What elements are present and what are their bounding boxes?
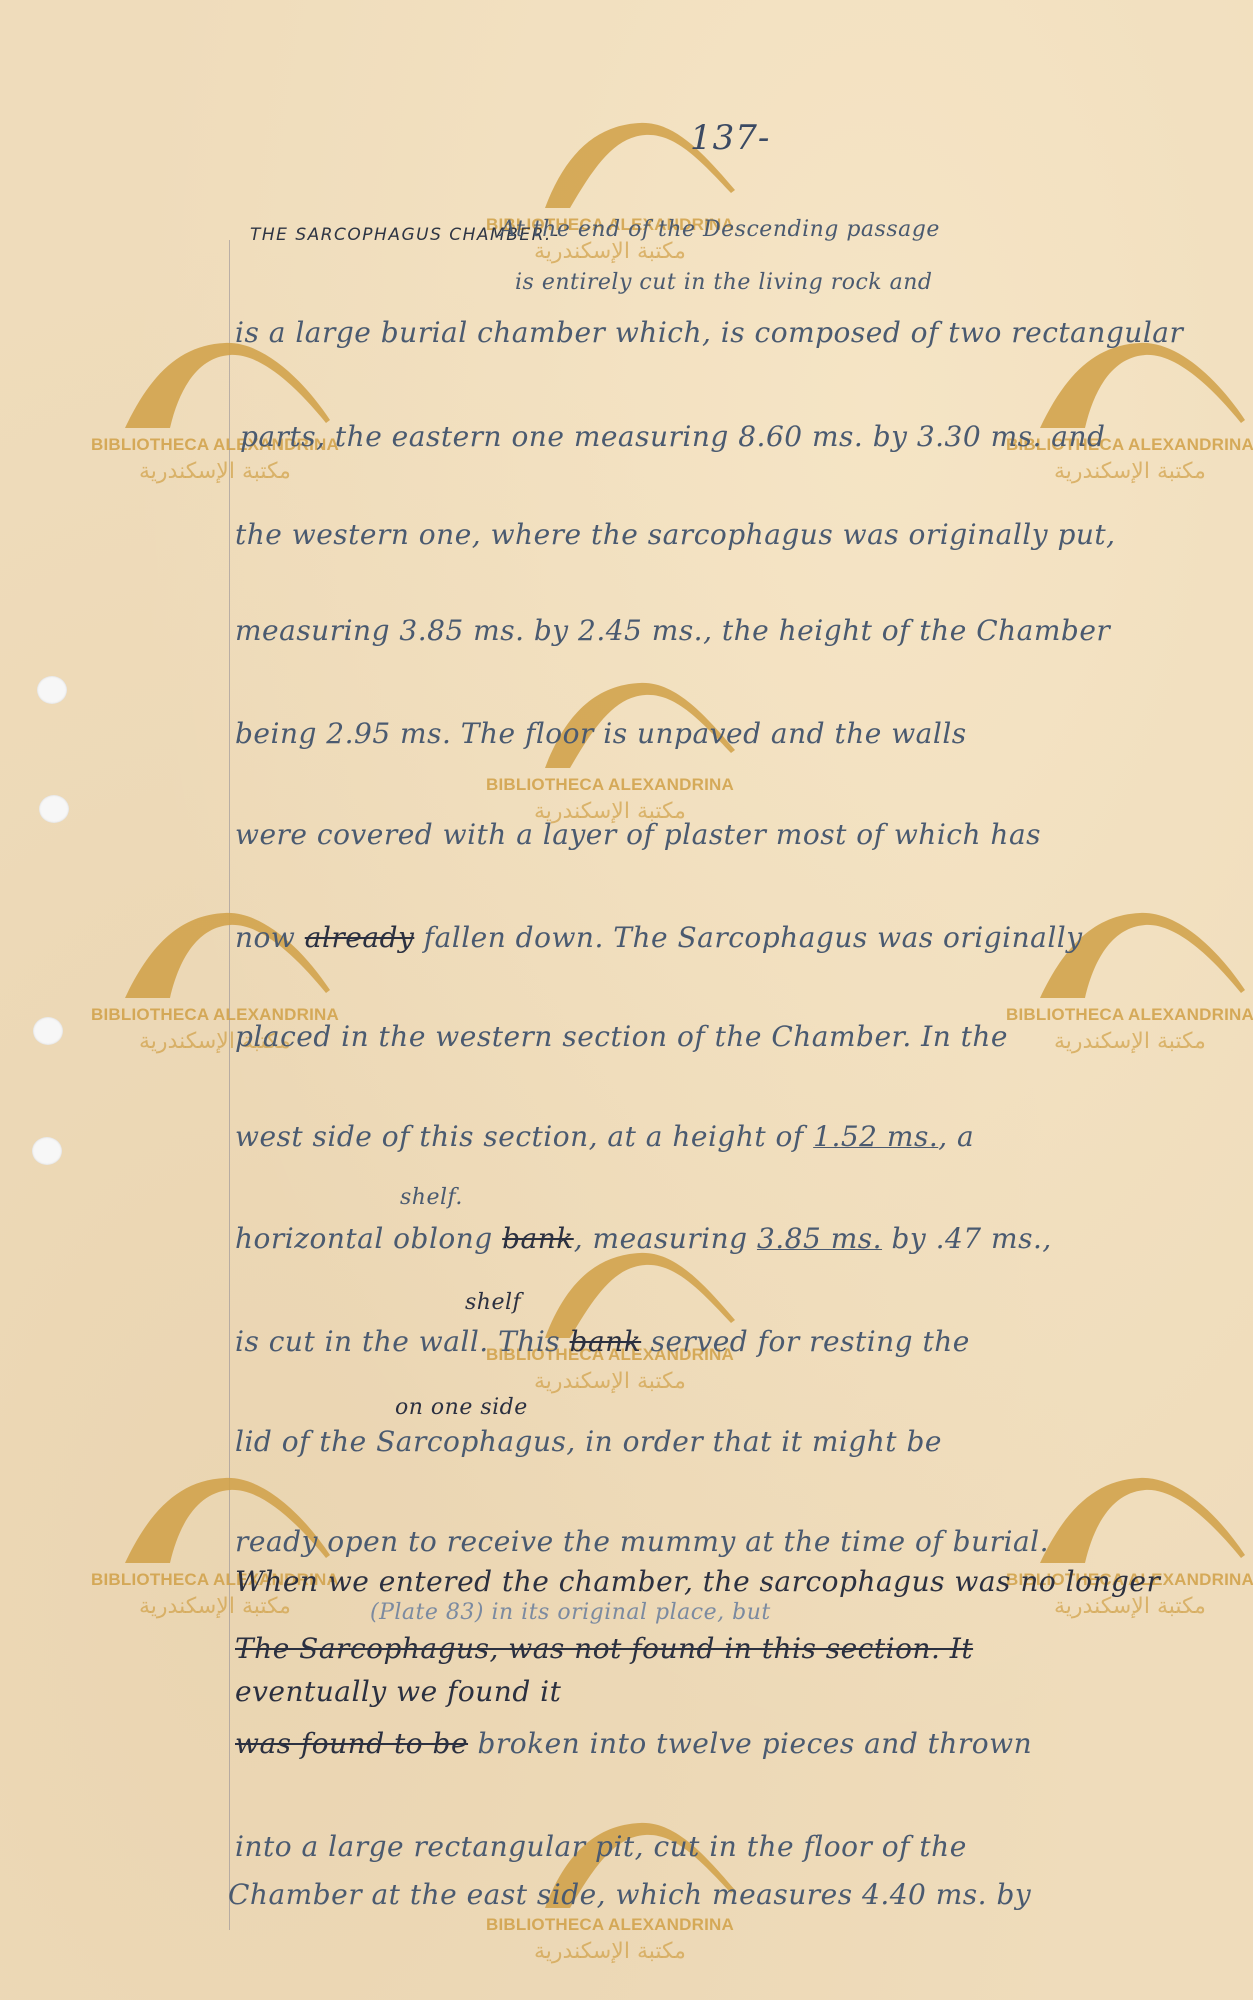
watermark-english: BIBLIOTHECA ALEXANDRINA <box>965 1005 1253 1025</box>
watermark-arabic: مكتبة الإسكندرية <box>445 1939 775 1964</box>
text-line: lid of the Sarcophagus, in order that it… <box>235 1425 942 1458</box>
text-insertion: shelf. <box>400 1185 463 1210</box>
text-line: eventually we found it <box>235 1675 561 1708</box>
text-line: is cut in the wall. This bank served for… <box>235 1325 970 1358</box>
watermark-english: BIBLIOTHECA ALEXANDRINA <box>445 775 775 795</box>
text-line: placed in the western section of the Cha… <box>235 1020 1008 1053</box>
text-line: horizontal oblong bank, measuring 3.85 m… <box>235 1222 1052 1255</box>
underlined-text: 3.85 ms. <box>757 1222 882 1255</box>
text-insertion: shelf <box>465 1290 521 1315</box>
punch-hole <box>32 1137 62 1165</box>
underlined-text: 1.52 ms. <box>813 1120 938 1153</box>
watermark-arabic: مكتبة الإسكندرية <box>965 1029 1253 1054</box>
document-page: BIBLIOTHECA ALEXANDRINA مكتبة الإسكندرية… <box>0 0 1253 2000</box>
text-line: Chamber at the east side, which measures… <box>228 1878 1031 1911</box>
text-line: were covered with a layer of plaster mos… <box>235 818 1041 851</box>
text-line: was found to be broken into twelve piece… <box>235 1727 1032 1760</box>
struck-text: The Sarcophagus, was not found in this s… <box>235 1632 973 1665</box>
text-line: ready open to receive the mummy at the t… <box>235 1525 1049 1558</box>
watermark-arabic: مكتبة الإسكندرية <box>50 459 380 484</box>
punch-hole <box>37 676 67 704</box>
text-line: being 2.95 ms. The floor is unpaved and … <box>235 717 967 750</box>
arch-logo-icon <box>50 905 380 1005</box>
text-line: the western one, where the sarcophagus w… <box>235 518 1116 551</box>
text-line: At the end of the Descending passage <box>500 217 940 242</box>
struck-text: already <box>305 921 415 954</box>
struck-text: bank <box>502 1222 574 1255</box>
text-insertion: (Plate 83) in its original place, but <box>370 1600 771 1625</box>
text-line: is a large burial chamber which, is comp… <box>235 316 1183 349</box>
arch-logo-icon <box>965 905 1253 1005</box>
page-number: 137- <box>690 118 770 158</box>
text-insertion: on one side <box>395 1395 528 1420</box>
watermark-arabic: مكتبة الإسكندرية <box>445 1369 775 1394</box>
margin-rule <box>229 240 230 1930</box>
watermark-arabic: مكتبة الإسكندرية <box>965 459 1253 484</box>
text-line: measuring 3.85 ms. by 2.45 ms., the heig… <box>235 614 1110 647</box>
punch-hole <box>33 1017 63 1045</box>
struck-text: was found to be <box>235 1727 468 1760</box>
text-line: into a large rectangular pit, cut in the… <box>235 1830 967 1863</box>
struck-text: bank <box>570 1325 642 1358</box>
watermark-english: BIBLIOTHECA ALEXANDRINA <box>445 1915 775 1935</box>
text-line: When we entered the chamber, the sarcoph… <box>235 1565 1160 1598</box>
punch-hole <box>39 795 69 823</box>
text-line: now already fallen down. The Sarcophagus… <box>235 921 1083 954</box>
text-line: parts, the eastern one measuring 8.60 ms… <box>240 420 1105 453</box>
text-line: The Sarcophagus, was not found in this s… <box>235 1632 973 1665</box>
text-insertion: is entirely cut in the living rock and <box>515 270 932 295</box>
text-line: west side of this section, at a height o… <box>235 1120 974 1153</box>
